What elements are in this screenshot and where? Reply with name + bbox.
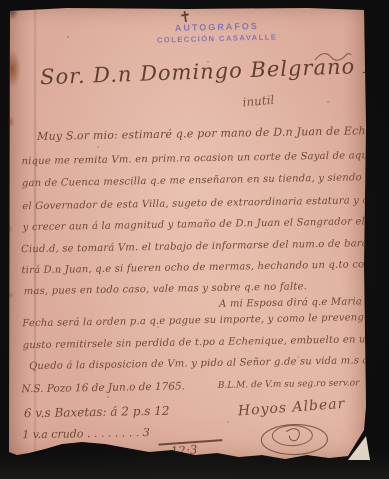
recipient-line: Sor. D.n Domingo Belgrano Peres (40, 52, 389, 89)
body-line: tirá D.n Juan, q.e si fueren ocho de mer… (21, 258, 389, 276)
body-line: Ciud.d, se tomará Vm. el trabajo de info… (21, 237, 389, 255)
paper-sheet: ✝ AUTOGRAFOS COLECCIÓN CASAVALLE Sor. D.… (7, 6, 367, 461)
account-total: 12:3 (170, 443, 198, 459)
annotation-inutil: inutil (242, 93, 275, 110)
paper-speckles (7, 6, 9, 8)
account-line-2: 1 v.a crudo . . . . . . . . 3 (22, 426, 150, 441)
signature-rubric-icon (256, 417, 333, 460)
body-line: gan de Cuenca mescilla q.e me enseñaron … (22, 171, 389, 189)
body-line: Quedo á la disposicion de Vm. y pido al … (29, 354, 389, 372)
body-line: Muy S.or mio: estimaré q.e por mano de D… (37, 124, 376, 143)
body-line: nique me remita Vm. en prim.ra ocasion u… (21, 149, 389, 167)
aside-note: A mi Esposa dirá q.e Maria (219, 296, 362, 309)
body-line: mas, pues en todo caso, vale mas y sobre… (24, 281, 307, 297)
signature: Hoyos Albear (237, 396, 345, 419)
closing-line: B.L.M. de V.m su seg.ro serv.or (218, 378, 360, 390)
scanned-letter-page: { "colors": { "background": "#0d0d0d", "… (0, 0, 389, 479)
date-line: N.S. Pozo 16 de Jun.o de 1765. (21, 380, 185, 395)
body-line: y crecer aun á la magnitud y tamaño de D… (23, 215, 389, 233)
handwriting-layer: Sor. D.n Domingo Belgrano Peres inutil M… (3, 0, 371, 461)
body-line: el Governador de esta Villa, sugeto de e… (22, 194, 389, 212)
body-line: gusto remitirsele sin perdida de t.po a … (23, 333, 389, 351)
account-line-1: 6 v.s Baxetas: á 2 p.s 12 (24, 404, 170, 421)
body-line: Fecha será la orden p.a q.e pague su imp… (22, 311, 389, 330)
